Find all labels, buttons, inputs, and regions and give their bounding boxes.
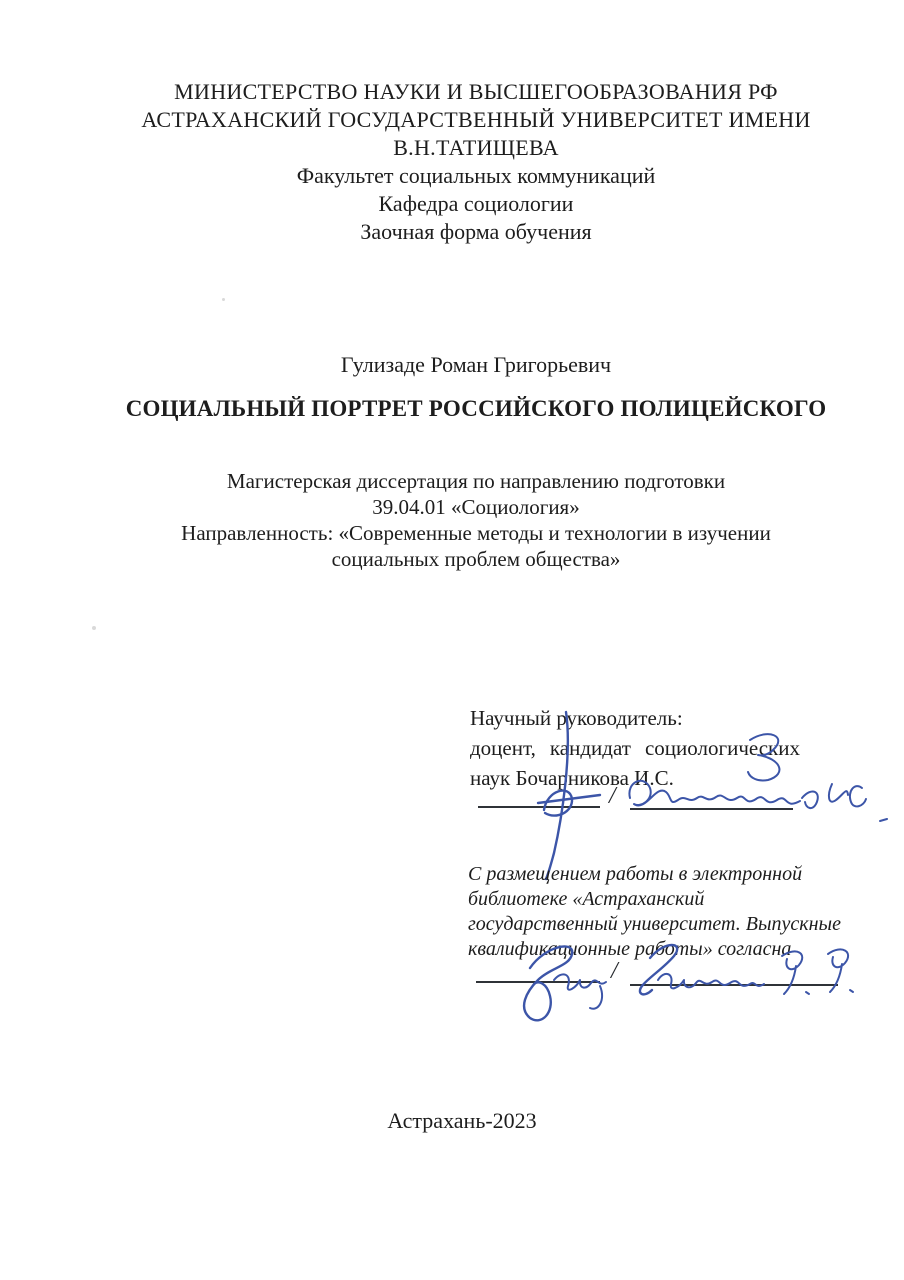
consent-name-blank <box>630 984 838 986</box>
consent-line-3: государственный университет. Выпускные <box>468 912 868 937</box>
supervisor-block: Научный руководитель: доцент, кандидат с… <box>470 703 800 793</box>
scan-speck <box>222 298 225 301</box>
ministry-line: МИНИСТЕРСТВО НАУКИ И ВЫСШЕГООБРАЗОВАНИЯ … <box>48 78 904 106</box>
department-line: Кафедра социологии <box>48 190 904 218</box>
consent-line-1: С размещением работы в электронной <box>468 862 868 887</box>
program-block: Магистерская диссертация по направлению … <box>48 468 904 572</box>
study-form-line: Заочная форма обучения <box>48 218 904 246</box>
dissertation-title-page: МИНИСТЕРСТВО НАУКИ И ВЫСШЕГООБРАЗОВАНИЯ … <box>0 0 904 1280</box>
university-line-2: В.Н.ТАТИЩЕВА <box>48 134 904 162</box>
consent-block: С размещением работы в электронной библи… <box>468 862 868 962</box>
dissertation-title: СОЦИАЛЬНЫЙ ПОРТРЕТ РОССИЙСКОГО ПОЛИЦЕЙСК… <box>48 396 904 422</box>
program-line-2: 39.04.01 «Социология» <box>48 494 904 520</box>
program-line-3: Направленность: «Современные методы и те… <box>48 520 904 546</box>
author-name: Гулизаде Роман Григорьевич <box>48 352 904 378</box>
scan-speck <box>92 626 96 630</box>
university-line-1: АСТРАХАНСКИЙ ГОСУДАРСТВЕННЫЙ УНИВЕРСИТЕТ… <box>48 106 904 134</box>
program-line-4: социальных проблем общества» <box>48 546 904 572</box>
consent-line-2: библиотеке «Астраханский <box>468 887 868 912</box>
supervisor-line-1: доцент, кандидат социологических <box>470 733 800 763</box>
consent-line-4: квалификационные работы» согласна <box>468 937 868 962</box>
faculty-line: Факультет социальных коммуникаций <box>48 162 904 190</box>
supervisor-heading: Научный руководитель: <box>470 703 800 733</box>
consent-signature-blank <box>476 981 600 983</box>
supervisor-signature-blank <box>478 806 600 808</box>
supervisor-line-2: наук Бочарникова И.С. <box>470 763 800 793</box>
program-line-1: Магистерская диссертация по направлению … <box>48 468 904 494</box>
footer-city-year: Астрахань-2023 <box>20 1108 904 1134</box>
header-block: МИНИСТЕРСТВО НАУКИ И ВЫСШЕГООБРАЗОВАНИЯ … <box>48 78 904 246</box>
supervisor-name-blank <box>630 808 793 810</box>
supervisor-signature-separator: / <box>609 783 616 810</box>
consent-signature-separator: / <box>611 958 618 985</box>
